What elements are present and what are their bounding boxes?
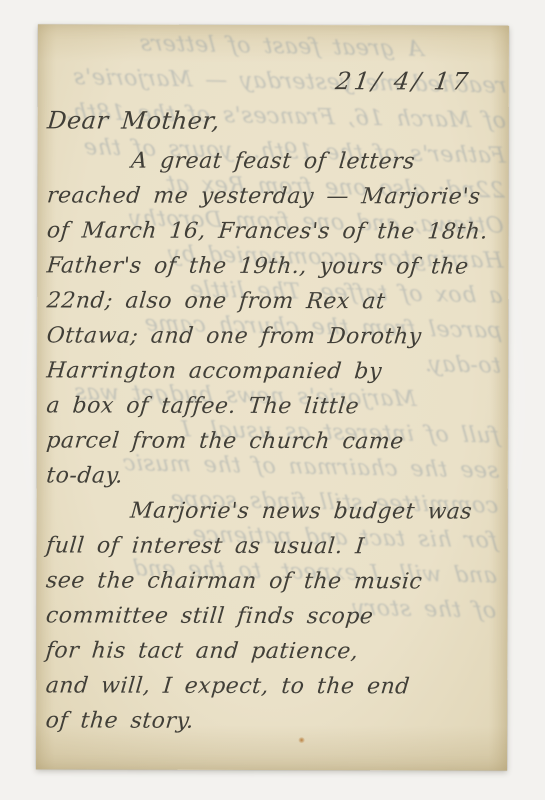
letter-date: 21/ 4/ 17 bbox=[334, 67, 505, 95]
letter-line: of the story. bbox=[44, 703, 504, 739]
letter-line: Ottawa; and one from Dorothy bbox=[45, 318, 505, 354]
letter-line: Father's of the 19th., yours of the bbox=[45, 248, 505, 284]
letter-line: see the chairman of the music bbox=[44, 563, 504, 599]
letter-line: committee still finds scope bbox=[44, 598, 504, 634]
letter-line: parcel from the church came bbox=[45, 423, 505, 459]
letter-line: and will, I expect, to the end bbox=[44, 668, 504, 704]
letter-line: full of interest as usual. I bbox=[45, 528, 505, 564]
letter-line: for his tact and patience, bbox=[44, 633, 504, 669]
letter-line: reached me yesterday — Marjorie's bbox=[45, 178, 505, 214]
letter-line: of March 16, Frances's of the 18th. bbox=[45, 213, 505, 249]
letter-line: a box of taffee. The little bbox=[45, 388, 505, 424]
letter-line: Harrington accompanied by bbox=[45, 353, 505, 389]
letter-body: A great feast of lettersreached me yeste… bbox=[44, 143, 503, 739]
letter-line: Marjorie's news budget was bbox=[45, 493, 505, 529]
letter-line: A great feast of letters bbox=[46, 143, 506, 179]
letter-line: to-day. bbox=[45, 458, 505, 494]
letter-page: A great feast of lettersreached me yeste… bbox=[36, 24, 509, 770]
letter-salutation: Dear Mother, bbox=[46, 103, 506, 139]
paper-stain bbox=[298, 737, 305, 743]
letter-line: 22nd; also one from Rex at bbox=[45, 283, 505, 319]
letter-text: 21/ 4/ 17 Dear Mother, A great feast of … bbox=[36, 24, 509, 770]
scan-background: A great feast of lettersreached me yeste… bbox=[0, 0, 545, 800]
